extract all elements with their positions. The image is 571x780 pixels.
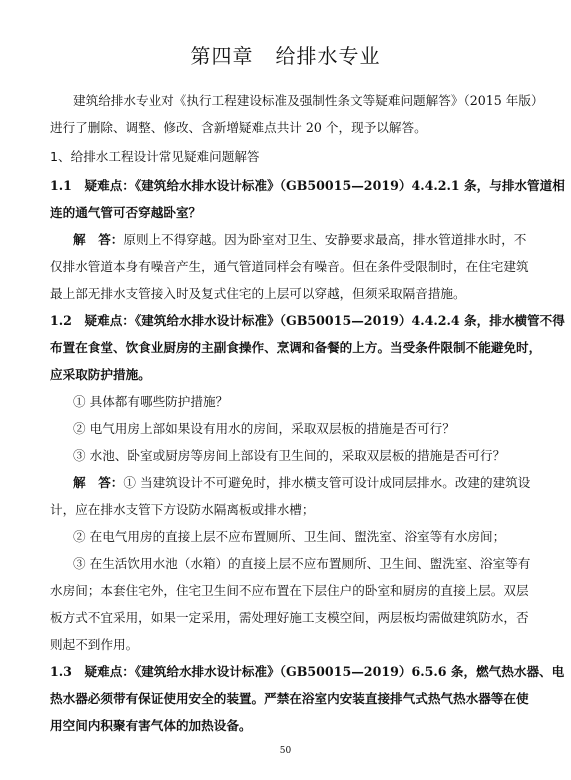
chapter-name: 给排水专业 xyxy=(276,44,381,68)
question-heading: 应采取防护措施。 xyxy=(50,367,522,383)
answer-line: ② 在电气用房的直接上层不应布置厕所、卫生间、盥洗室、浴室等有水房间； xyxy=(73,529,545,545)
answer-line: 解 答：① 当建筑设计不可避免时，排水横支管可设计成同层排水。改建的建筑设 xyxy=(73,475,522,491)
sub-question: ② 电气用房上部如果设有用水的房间，采取双层板的措施是否可行？ xyxy=(73,421,545,437)
answer-line: 板方式不宜采用，如果一定采用，需处理好施工支模空间，两层板均需做建筑防水，否 xyxy=(50,610,522,626)
question-heading: 连的通气管可否穿越卧室？ xyxy=(50,205,522,221)
answer-line: 计，应在排水支管下方设防水隔离板或排水槽； xyxy=(50,502,522,518)
answer-line: 水房间；本套住宅外，住宅卫生间不应布置在下层住户的卧室和厨房的直接上层。双层 xyxy=(50,583,522,599)
document-page: 第四章给排水专业 建筑给排水专业对《执行工程建设标准及强制性条文等疑难问题解答》… xyxy=(0,0,571,780)
question-heading: 用空间内积聚有害气体的加热设备。 xyxy=(50,718,522,734)
answer-label: 解 答： xyxy=(73,232,123,247)
answer-line: 则起不到作用。 xyxy=(50,637,522,653)
answer-line: ③ 在生活饮用水池（水箱）的直接上层不应布置厕所、卫生间、盥洗室、浴室等有 xyxy=(73,556,522,572)
question-heading: 1.1 疑难点：《建筑给水排水设计标准》（GB50015—2019）4.4.2.… xyxy=(50,178,522,194)
answer-line: 解 答：原则上不得穿越。因为卧室对卫生、安静要求最高，排水管道排水时，不 xyxy=(73,232,522,248)
answer-label: 解 答： xyxy=(73,475,123,490)
page-number: 50 xyxy=(0,746,571,756)
section-heading: 1、给排水工程设计常见疑难问题解答 xyxy=(50,149,522,165)
question-heading: 布置在食堂、饮食业厨房的主副食操作、烹调和备餐的上方。当受条件限制不能避免时， xyxy=(50,340,522,356)
question-heading: 1.3 疑难点：《建筑给水排水设计标准》（GB50015—2019）6.5.6 … xyxy=(50,664,522,680)
question-heading: 1.2 疑难点：《建筑给水排水设计标准》（GB50015—2019）4.4.2.… xyxy=(50,313,522,329)
intro-line: 建筑给排水专业对《执行工程建设标准及强制性条文等疑难问题解答》（2015 年版） xyxy=(73,93,522,109)
question-heading: 热水器必须带有保证使用安全的装置。严禁在浴室内安装直接排气式热气热水器等在使 xyxy=(50,691,522,707)
sub-question: ① 具体都有哪些防护措施？ xyxy=(73,394,545,410)
chapter-number: 第四章 xyxy=(191,44,254,68)
intro-line: 进行了删除、调整、修改、含新增疑难点共计 20 个，现予以解答。 xyxy=(50,120,522,136)
sub-question: ③ 水池、卧室或厨房等房间上部设有卫生间的，采取双层板的措施是否可行？ xyxy=(73,448,545,464)
chapter-title: 第四章给排水专业 xyxy=(0,40,571,69)
answer-line: 仅排水管道本身有噪音产生，通气管道同样会有噪音。但在条件受限制时，在住宅建筑 xyxy=(50,259,522,275)
answer-line: 最上部无排水支管接入时及复式住宅的上层可以穿越，但须采取隔音措施。 xyxy=(50,286,522,302)
